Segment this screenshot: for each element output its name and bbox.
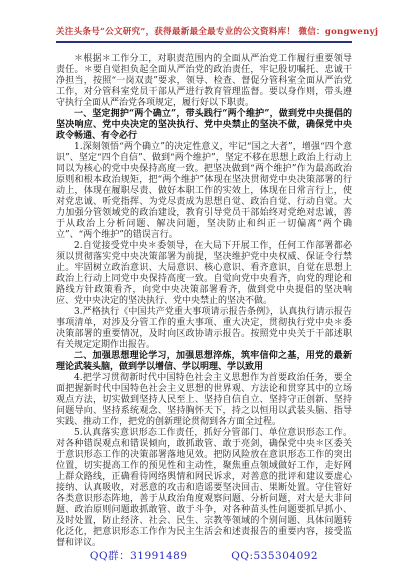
paragraph-item-1: 1.深刻领悟“两个确立”的决定性意义，牢记“国之大者”，增强“四个意识”、坚定“… — [56, 142, 352, 241]
paragraph-item-3: 3.严格执行《中国共产党重大事项请示报告条例》，认真执行请示报告事项清单，对涉及… — [56, 307, 352, 351]
qq-group-number: QQ群：31991489 — [90, 550, 188, 562]
document-page: 关注头条号“公文研究”，获得最新最全最专业的公文资料库！ 微信：gongweny… — [0, 0, 408, 580]
section-heading-1: 一、坚定拥护“两个确立”，带头践行“两个维护”，做到党中央提倡的坚决响应、党中央… — [56, 109, 352, 142]
promo-header: 关注头条号“公文研究”，获得最新最全最专业的公文资料库！ 微信：gongweny… — [56, 25, 352, 43]
paragraph-item-4: 4.把学习贯彻新时代中国特色社会主义思想作为首要政治任务，要全面把握新时代中国特… — [56, 373, 352, 428]
contact-footer: QQ群：31991489 QQ:535304092 — [0, 548, 408, 563]
paragraph-intro: ＊根据＊工作分工，对职责范围内的全面从严治党工作履行重要领导责任。＊要自觉担负起… — [56, 54, 352, 109]
document-body: ＊根据＊工作分工，对职责范围内的全面从严治党工作履行重要领导责任。＊要自觉担负起… — [56, 54, 352, 549]
qq-number: QQ:535304092 — [231, 550, 318, 562]
paragraph-item-2: 2.自觉接受党中央＊委领导，在大局下开展工作，任何工作部署都必须以贯彻落实党中央… — [56, 241, 352, 307]
section-heading-2: 二、加强思想理论学习，加强思想淬炼，筑牢信仰之基，用党的最新理论武装头脑，做到学… — [56, 351, 352, 373]
promo-header-text: 关注头条号“公文研究”，获得最新最全最专业的公文资料库！ 微信：gongweny… — [56, 27, 378, 37]
paragraph-item-5: 5.认真落实意识形态工作责任，抓好分管部门、单位意识形态工作。对各种错误观点和错… — [56, 428, 352, 549]
